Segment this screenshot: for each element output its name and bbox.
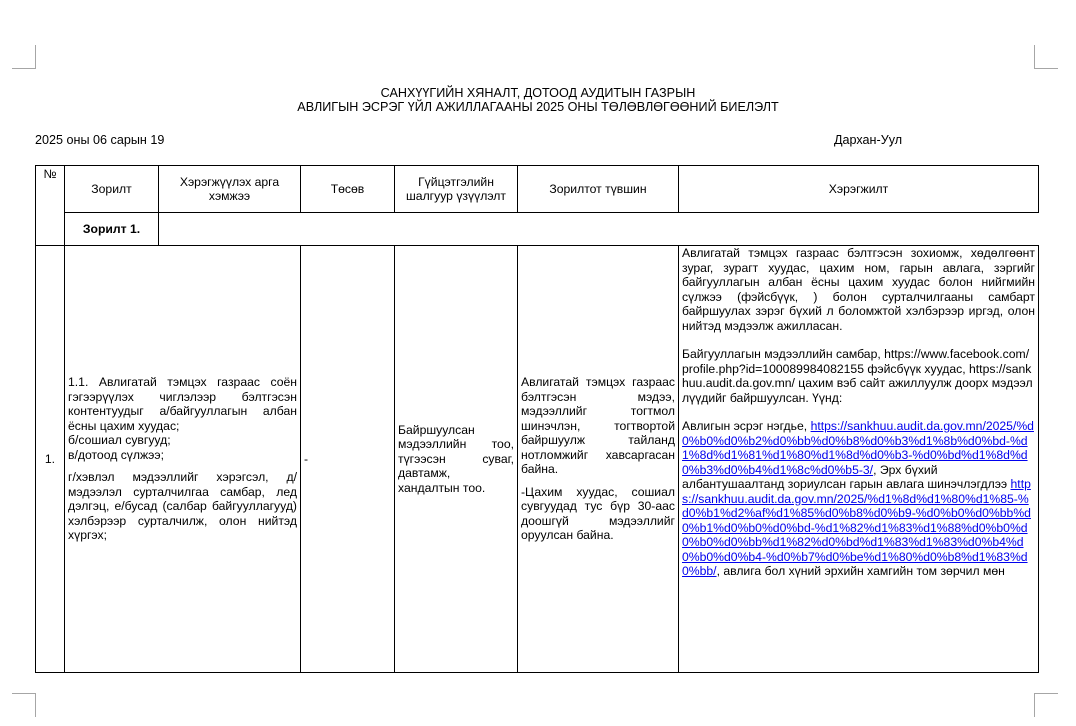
implementation-text: Авлигын эсрэг нэгдье, (682, 419, 807, 433)
col-header-goal: Зорилт (65, 166, 159, 213)
target-paragraph: -Цахим хуудас, сошиал сувгуудад тус бүр … (521, 485, 675, 543)
row-number: 1. (36, 246, 65, 673)
section-empty-cell (159, 213, 1039, 246)
target-cell: Авлигатай тэмцэх газраас бэлтгэсэн мэдээ… (518, 246, 679, 673)
col-header-action: Хэрэгжүүлэх арга хэмжээ (159, 166, 301, 213)
page-corner-mark-bottom-left (12, 693, 36, 717)
implementation-paragraph: Байгууллагын мэдээллийн самбар, https://… (682, 347, 1035, 405)
plan-table: № Зорилт Хэрэгжүүлэх арга хэмжээ Төсөв Г… (35, 165, 1039, 673)
implementation-text: авлига бол хүний эрхийн хамгийн том зөрч… (723, 564, 1005, 578)
col-header-no: № (36, 166, 65, 246)
document-title-line-1: САНХҮҮГИЙН ХЯНАЛТ, ДОТООД АУДИТЫН ГАЗРЫН (0, 86, 1076, 100)
report-date: 2025 оны 06 сарын 19 (35, 133, 164, 147)
document-title-line-2: АВЛИГЫН ЭСРЭГ ҮЙЛ АЖИЛЛАГААНЫ 2025 ОНЫ Т… (0, 100, 1076, 114)
col-header-criteria: Гүйцэтгэлийн шалгуур үзүүлэлт (395, 166, 518, 213)
table-row: 1. 1.1. Авлигатай тэмцэх газраас соён гэ… (36, 246, 1039, 673)
goal-action-paragraph: г/хэвлэл мэдээллийг хэрэгсэл, д/мэдээлэл… (68, 470, 297, 543)
page-corner-mark-top-right (1034, 45, 1058, 69)
implementation-cell: Авлигатай тэмцэх газраас бэлтгэсэн зохио… (679, 246, 1039, 673)
col-header-implementation: Хэрэгжилт (679, 166, 1039, 213)
goal-action-paragraph: б/сошиал сувгууд; (68, 433, 297, 448)
page-corner-mark-bottom-right (1034, 693, 1058, 717)
implementation-paragraph: Авлигатай тэмцэх газраас бэлтгэсэн зохио… (682, 246, 1035, 333)
goal-action-paragraph: 1.1. Авлигатай тэмцэх газраас соён гэгээ… (68, 375, 297, 433)
table-header-row: № Зорилт Хэрэгжүүлэх арга хэмжээ Төсөв Г… (36, 166, 1039, 213)
report-location: Дархан-Уул (834, 133, 902, 147)
section-label: Зорилт 1. (65, 213, 159, 246)
goal-action-cell: 1.1. Авлигатай тэмцэх газраас соён гэгээ… (65, 246, 301, 673)
page-corner-mark-top-left (12, 45, 36, 69)
article-link-handbook[interactable]: https://sankhuu.audit.da.gov.mn/2025/%d1… (682, 477, 1031, 578)
col-header-target: Зорилтот түвшин (518, 166, 679, 213)
budget-cell: - (301, 246, 395, 673)
goal-action-paragraph: в/дотоод сүлжээ; (68, 448, 297, 463)
col-header-budget: Төсөв (301, 166, 395, 213)
target-paragraph: Авлигатай тэмцэх газраас бэлтгэсэн мэдээ… (521, 375, 675, 477)
criteria-cell: Байршуулсан мэдээллийн тоо, түгээсэн сув… (395, 246, 518, 673)
section-row: Зорилт 1. (36, 213, 1039, 246)
